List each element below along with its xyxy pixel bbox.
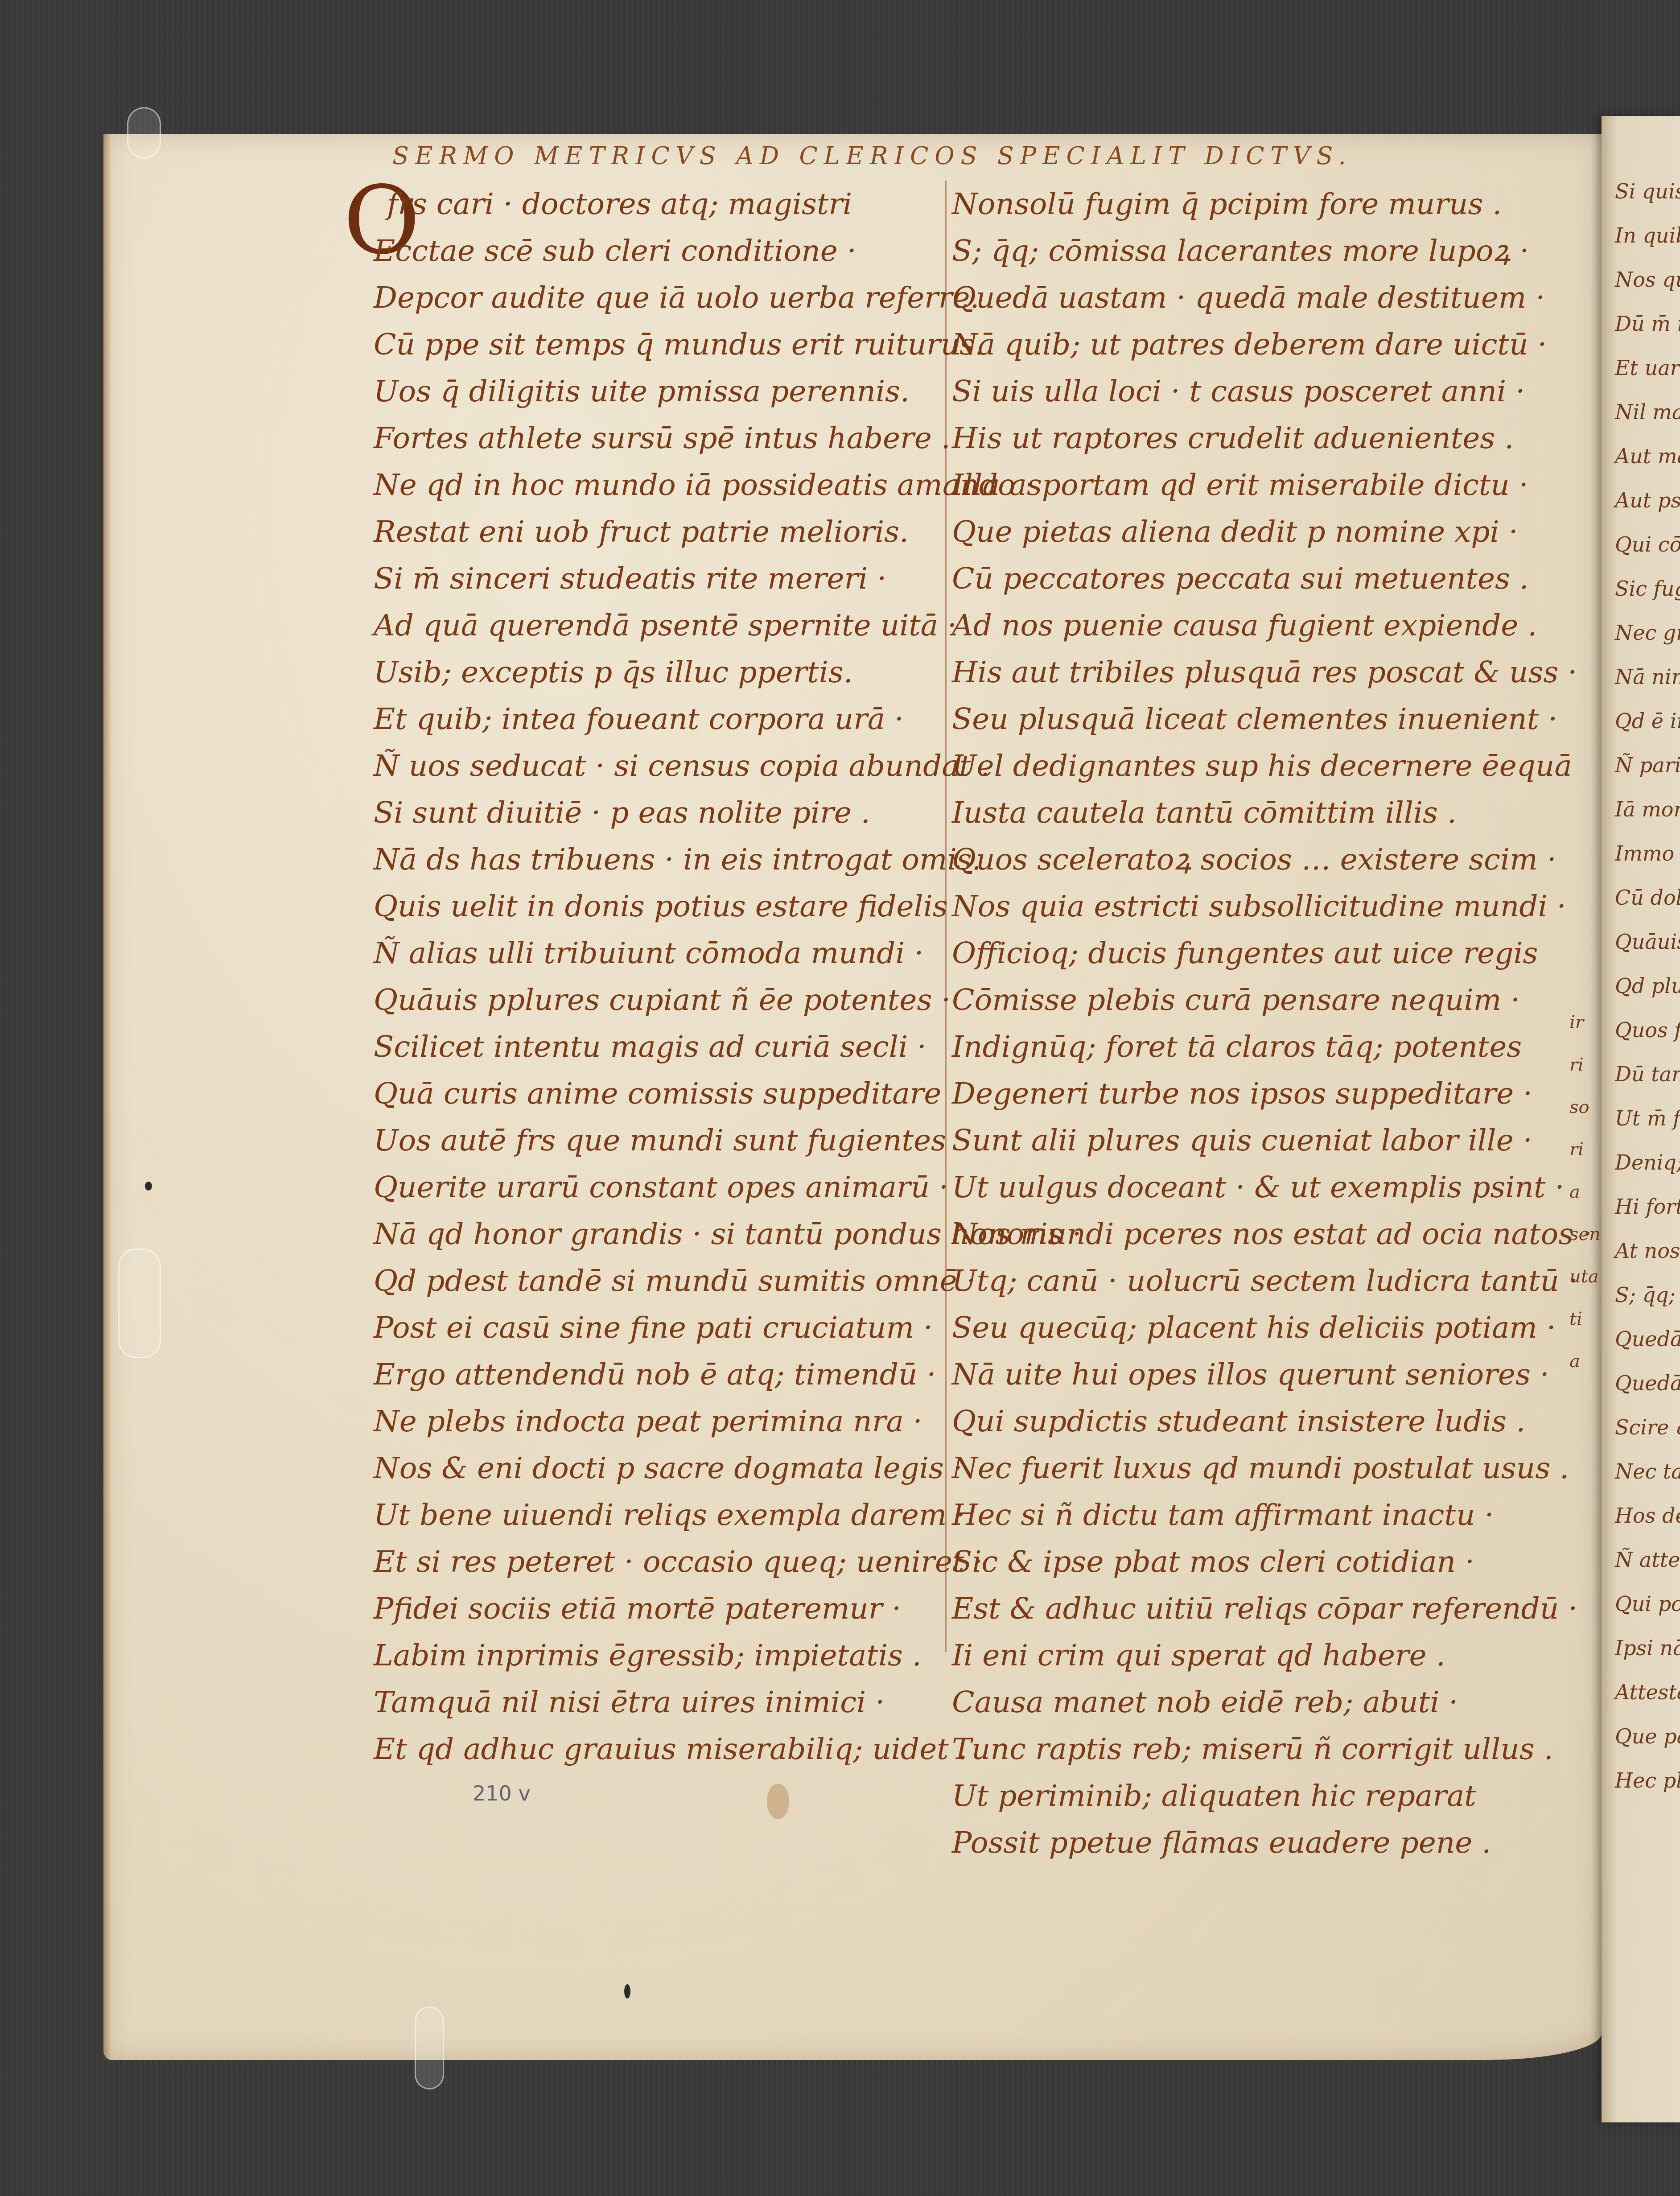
facing-verse-fragment: Nil man… — [1615, 390, 1680, 434]
facing-verse-fragment: Deniq; si … — [1615, 1141, 1680, 1185]
margin-note: uta — [1569, 1266, 1601, 1309]
facing-verse-fragment: Nā nimi… — [1615, 655, 1680, 699]
verse-line: Indignūq; foret tā claros tāq; potentes — [952, 1023, 1592, 1070]
facing-verse-fragment: Hos detest… — [1615, 1494, 1680, 1538]
marginal-annotations: irrisoriasenutatia — [1569, 1012, 1601, 1393]
facing-verse-fragment: Ñ parit … — [1615, 743, 1680, 787]
verse-line: Ut uulgus doceant · & ut exemplis psint … — [952, 1164, 1592, 1211]
verse-line: Illa asportam qd erit miserabile dictu · — [952, 461, 1592, 508]
facing-verse-fragment: Quos for… — [1615, 1008, 1680, 1052]
margin-note: ti — [1569, 1309, 1601, 1351]
facing-verse-fragment: Et uariis … — [1615, 346, 1680, 390]
facing-verse-fragment: Immo c… — [1615, 832, 1680, 876]
verse-line: Sic & ipse pbat mos cleri cotidian · — [952, 1538, 1592, 1585]
verse-line: Iusta cautela tantū cōmittim illis . — [952, 789, 1592, 836]
margin-note: ri — [1569, 1055, 1601, 1097]
facing-verse-fragment: Iā mor… — [1615, 787, 1680, 832]
margin-note: so — [1569, 1097, 1601, 1139]
verse-line: Quos sceleratoꝝ socios … existere scim · — [952, 836, 1592, 883]
facing-verse-fragment: Si quis t… — [1615, 169, 1680, 214]
facing-verse-fragment: Qd plus … — [1615, 964, 1680, 1008]
facing-verse-fragment: Quāuis n… — [1615, 920, 1680, 964]
verse-line: His ut raptores crudelit aduenientes . — [952, 415, 1592, 461]
facing-verse-fragment: Sic fuga … — [1615, 567, 1680, 611]
verse-line: Est & adhuc uitiū reliqs cōpar referendū… — [952, 1585, 1592, 1632]
rubric-heading: SERMO METRICVS AD CLERICOS SPECIALIT DIC… — [392, 142, 1352, 170]
facing-verse-fragment: Nec tam a… — [1615, 1450, 1680, 1494]
verse-line: Nā quib; ut patres deberem dare uictū · — [952, 321, 1592, 368]
verse-line: Nā uite hui opes illos querunt seniores … — [952, 1351, 1592, 1398]
margin-note: a — [1569, 1182, 1601, 1224]
verse-line: Ut periminib; aliquaten hic reparat — [952, 1772, 1592, 1819]
verse-line: S; q̄q; cōmissa lacerantes more lupoꝝ · — [952, 227, 1592, 274]
facing-verse-fragment: Ipsi nāq; … — [1615, 1626, 1680, 1670]
verse-line: Causa manet nob eidē reb; abuti · — [952, 1679, 1592, 1726]
facing-verse-fragment: Aut psuad… — [1615, 478, 1680, 523]
verse-line: Seu quecūq; placent his deliciis potiam … — [952, 1304, 1592, 1351]
verse-line: Seu plusquā liceat clementes inuenient · — [952, 696, 1592, 742]
verse-line: Cū peccatores peccata sui metuentes . — [952, 555, 1592, 602]
facing-verse-fragment: Nec grau… — [1615, 611, 1680, 655]
mounting-clip — [127, 107, 161, 159]
verse-line: Nec fuerit luxus qd mundi postulat usus … — [952, 1445, 1592, 1491]
folio-number: 210 v — [473, 1781, 531, 1805]
verse-line: Cōmisse plebis curā pensare nequim · — [952, 976, 1592, 1023]
mounting-clip — [415, 2006, 444, 2089]
verse-line: Ii eni crim qui sperat qd habere . — [952, 1632, 1592, 1679]
facing-verse-fragment: Qui cōple… — [1615, 523, 1680, 567]
verse-line: Hec si ñ dictu tam affirmant inactu · — [952, 1491, 1592, 1538]
margin-note: sen — [1569, 1224, 1601, 1266]
verse-line: Utq; canū · uolucrū sectem ludicra tantū… — [952, 1257, 1592, 1304]
facing-verse-fragment: Que parit … — [1615, 1714, 1680, 1759]
prick-hole — [145, 1182, 152, 1191]
verse-line: Sunt alii plures quis cueniat labor ille… — [952, 1117, 1592, 1164]
facing-verse-fragment: S; q̄q; mu… — [1615, 1273, 1680, 1317]
facing-verse-fragment: Hi fortas… — [1615, 1185, 1680, 1229]
verse-line: Possit ppetue flāmas euadere pene . — [952, 1819, 1592, 1866]
verse-line: Quedā uastam · quedā male destituem · — [952, 274, 1592, 321]
prick-hole — [624, 1984, 630, 1998]
facing-verse-fragment: Attestante… — [1615, 1670, 1680, 1714]
facing-verse-fragment: In quib… — [1615, 214, 1680, 258]
facing-verse-fragment: At nos in… — [1615, 1229, 1680, 1273]
verse-line: His aut tribiles plusquā res poscat & us… — [952, 649, 1592, 696]
verse-line: Uel dedignantes sup his decernere ēequā — [952, 742, 1592, 789]
facing-verse-fragment: Hec plebs m… — [1615, 1759, 1680, 1803]
verse-line: Qui supdictis studeant insistere ludis . — [952, 1398, 1592, 1445]
facing-page-edge: Si quis t…In quib…Nos qui p…Dū m̄ nr̄ …E… — [1602, 116, 1680, 2122]
margin-note: ri — [1569, 1139, 1601, 1182]
verse-line: Nos quia estricti subsollicitudine mundi… — [952, 883, 1592, 930]
facing-verse-fragment: Qui pcepta… — [1615, 1582, 1680, 1626]
verse-line: Que pietas aliena dedit p nomine xpi · — [952, 508, 1592, 555]
right-text-column: Nonsolū fugim q̄ pcipim fore murus .S; q… — [952, 181, 1592, 1866]
facing-verse-fragment: Ut m̄ fert… — [1615, 1096, 1680, 1141]
facing-verse-fragment: Cū dolor… — [1615, 876, 1680, 920]
verse-line: Nos mundi pceres nos estat ad ocia natos… — [952, 1211, 1592, 1257]
facing-verse-fragment: Quedā cōp… — [1615, 1317, 1680, 1361]
facing-verse-fragment: Quedā p t… — [1615, 1361, 1680, 1405]
verse-line: Tunc raptis reb; miserū ñ corrigit ullus… — [952, 1726, 1592, 1772]
verse-line: Degeneri turbe nos ipsos suppeditare · — [952, 1070, 1592, 1117]
margin-note: a — [1569, 1351, 1601, 1393]
facing-verse-fragment: Qd ē inde… — [1615, 699, 1680, 743]
facing-verse-fragment: Aut male… — [1615, 434, 1680, 478]
verse-line: Si uis ulla loci · t casus posceret anni… — [952, 368, 1592, 415]
mounting-clip — [118, 1248, 161, 1358]
facing-verse-fragment: Dū tant… — [1615, 1052, 1680, 1096]
margin-note: ir — [1569, 1012, 1601, 1055]
ink-stain — [767, 1784, 789, 1819]
facing-page-text: Si quis t…In quib…Nos qui p…Dū m̄ nr̄ …E… — [1615, 169, 1680, 1803]
facing-verse-fragment: Scire quid… — [1615, 1405, 1680, 1450]
verse-line: Nonsolū fugim q̄ pcipim fore murus . — [952, 181, 1592, 227]
verse-line: Ad nos puenie causa fugient expiende . — [952, 602, 1592, 649]
verse-line: Officioq; ducis fungentes aut uice regis — [952, 930, 1592, 976]
facing-verse-fragment: Nos qui p… — [1615, 258, 1680, 302]
facing-verse-fragment: Dū m̄ nr̄ … — [1615, 302, 1680, 346]
facing-verse-fragment: Ñ attender… — [1615, 1538, 1680, 1582]
